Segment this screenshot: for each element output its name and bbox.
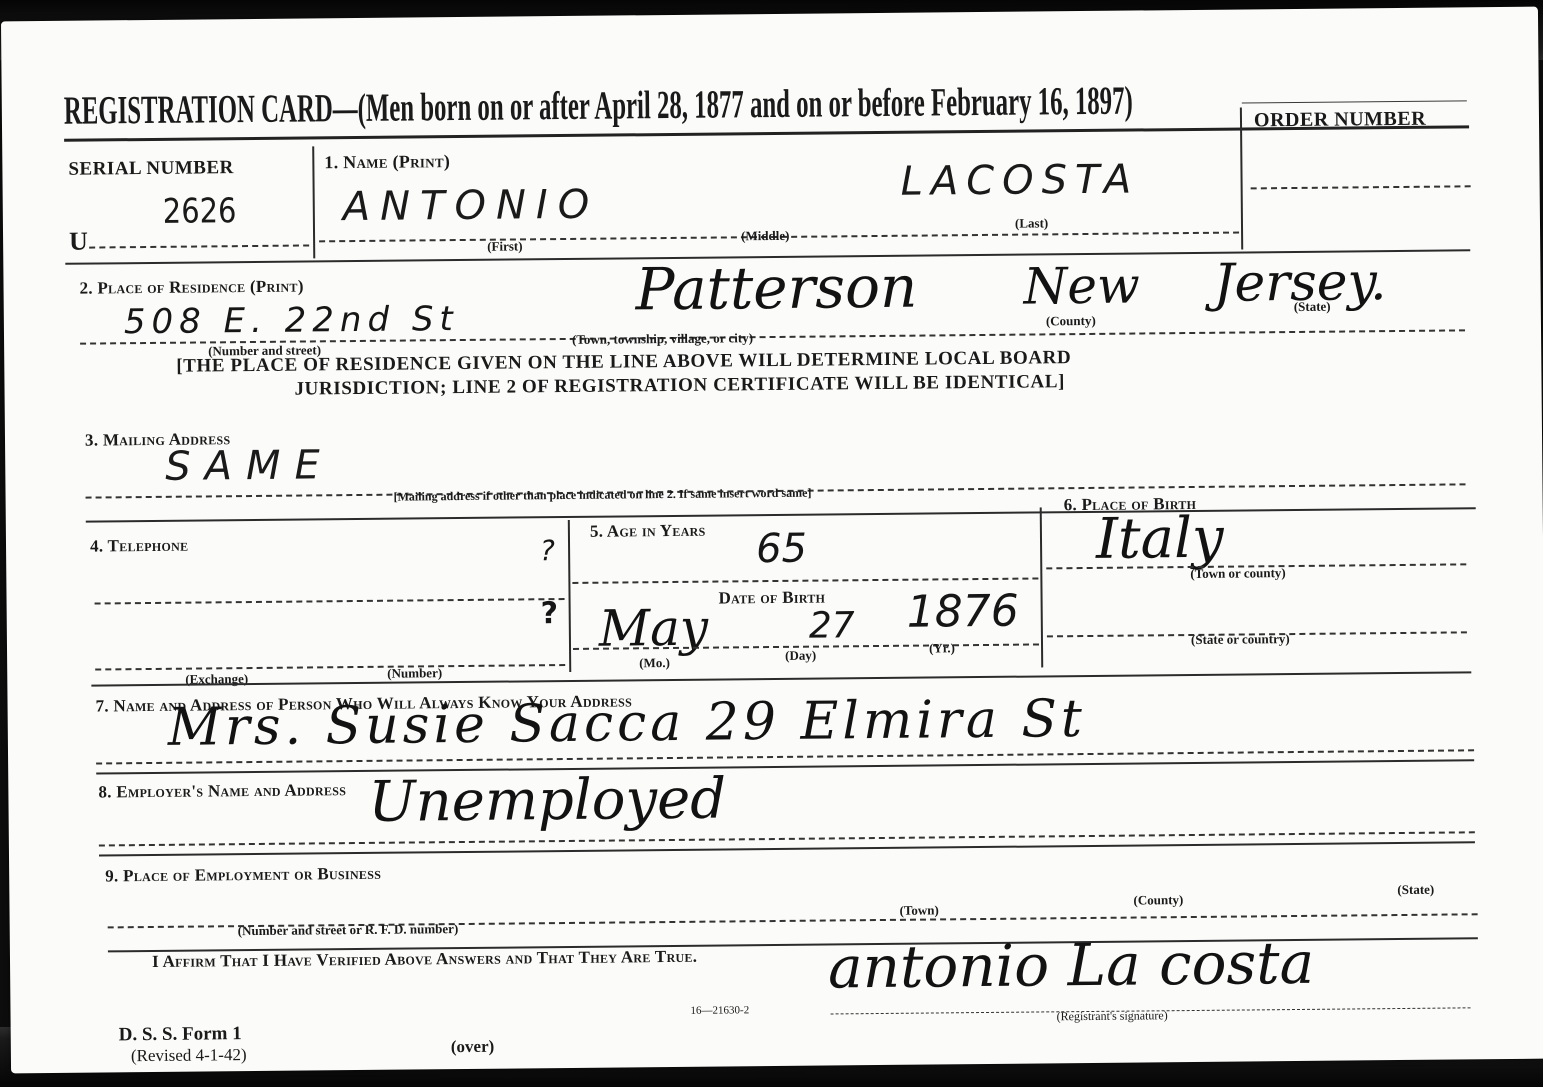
telephone-line2 [95,664,565,671]
serial-divider [312,146,315,258]
age-label: 5. Age in Years [590,521,706,542]
card-title-subtitle: (Men born on or after April 28, 1877 and… [357,78,1133,130]
form-revised: (Revised 4-1-42) [131,1045,247,1066]
telephone-label: 4. Telephone [90,536,188,557]
last-name-value[interactable]: LACOSTA [900,156,1139,204]
mailing-value[interactable]: SAME [165,442,334,490]
residence-town-value[interactable]: Patterson [635,253,917,324]
row4-rule [91,671,1471,686]
telephone-exchange-value[interactable]: ? [540,534,555,567]
first-caption: (First) [487,238,523,254]
signature-caption: (Registrant's signature) [1057,1008,1168,1024]
order-rule-top [1242,100,1467,103]
employment-county-caption: (County) [1133,892,1183,908]
birthplace-town-caption: (Town or county) [1190,565,1286,582]
dob-day-value[interactable]: 27 [809,605,855,646]
employment-street-caption: (Number and street or R. F. D. number) [238,921,459,939]
order-number-field[interactable] [1251,185,1471,189]
residence-street-value[interactable]: 508 E. 22nd St [124,299,459,342]
serial-number-value[interactable]: 2626 [163,191,237,232]
registrant-signature[interactable]: antonio La costa [828,929,1315,1002]
over-note: (over) [451,1037,495,1057]
telephone-number-value[interactable]: ? [541,596,559,631]
age-underline [572,577,1038,583]
birthplace-town-value[interactable]: Italy [1096,506,1224,572]
county-caption: (County) [1046,313,1096,329]
telephone-divider [568,520,571,672]
number-caption: (Number) [387,665,442,682]
residence-label: 2. Place of Residence (Print) [79,277,303,299]
affirmation-text: I Affirm That I Have Verified Above Answ… [152,947,697,972]
row3-rule [86,507,1476,522]
employer-label: 8. Employer's Name and Address [98,780,346,802]
registration-card: REGISTRATION CARD—(Men born on or after … [1,7,1543,1074]
middle-caption: (Middle) [741,228,790,244]
print-code: 16—21630-2 [690,1004,749,1017]
serial-number-label: SERIAL NUMBER [68,157,234,181]
birthplace-state-caption: (State or country) [1191,631,1290,648]
employment-town-caption: (Town) [899,902,938,918]
card-title-main: REGISTRATION CARD— [64,85,358,133]
employment-state-caption: (State) [1397,882,1434,898]
telephone-line1 [95,598,565,605]
form-number: D. S. S. Form 1 [119,1023,242,1046]
serial-underline [89,244,309,248]
age-divider [1040,507,1044,667]
residence-county-value[interactable]: New [1023,256,1140,315]
state-caption: (State) [1294,299,1331,315]
town-caption: (Town, township, village, or city) [572,330,753,348]
age-value[interactable]: 65 [756,526,807,572]
dob-year-value[interactable]: 1876 [906,586,1018,638]
order-number-label: ORDER NUMBER [1254,108,1426,133]
mailing-caption: [Mailing address if other than place ind… [393,486,811,505]
serial-prefix: U [69,227,88,257]
month-caption: (Mo.) [639,655,670,671]
employer-value[interactable]: Unemployed [368,766,726,834]
employment-place-label: 9. Place of Employment or Business [105,864,381,887]
year-caption: (Yr.) [929,640,955,656]
contact-value[interactable]: Mrs. Susie Sacca 29 Elmira St [167,689,1086,758]
last-caption: (Last) [1015,215,1048,231]
day-caption: (Day) [785,648,816,664]
card-title: REGISTRATION CARD—(Men born on or after … [64,77,1133,134]
residence-notice-line2: JURISDICTION; LINE 2 OF REGISTRATION CER… [294,371,1065,400]
first-name-value[interactable]: ANTONIO [343,182,600,230]
name-label: 1. Name (Print) [324,151,450,173]
